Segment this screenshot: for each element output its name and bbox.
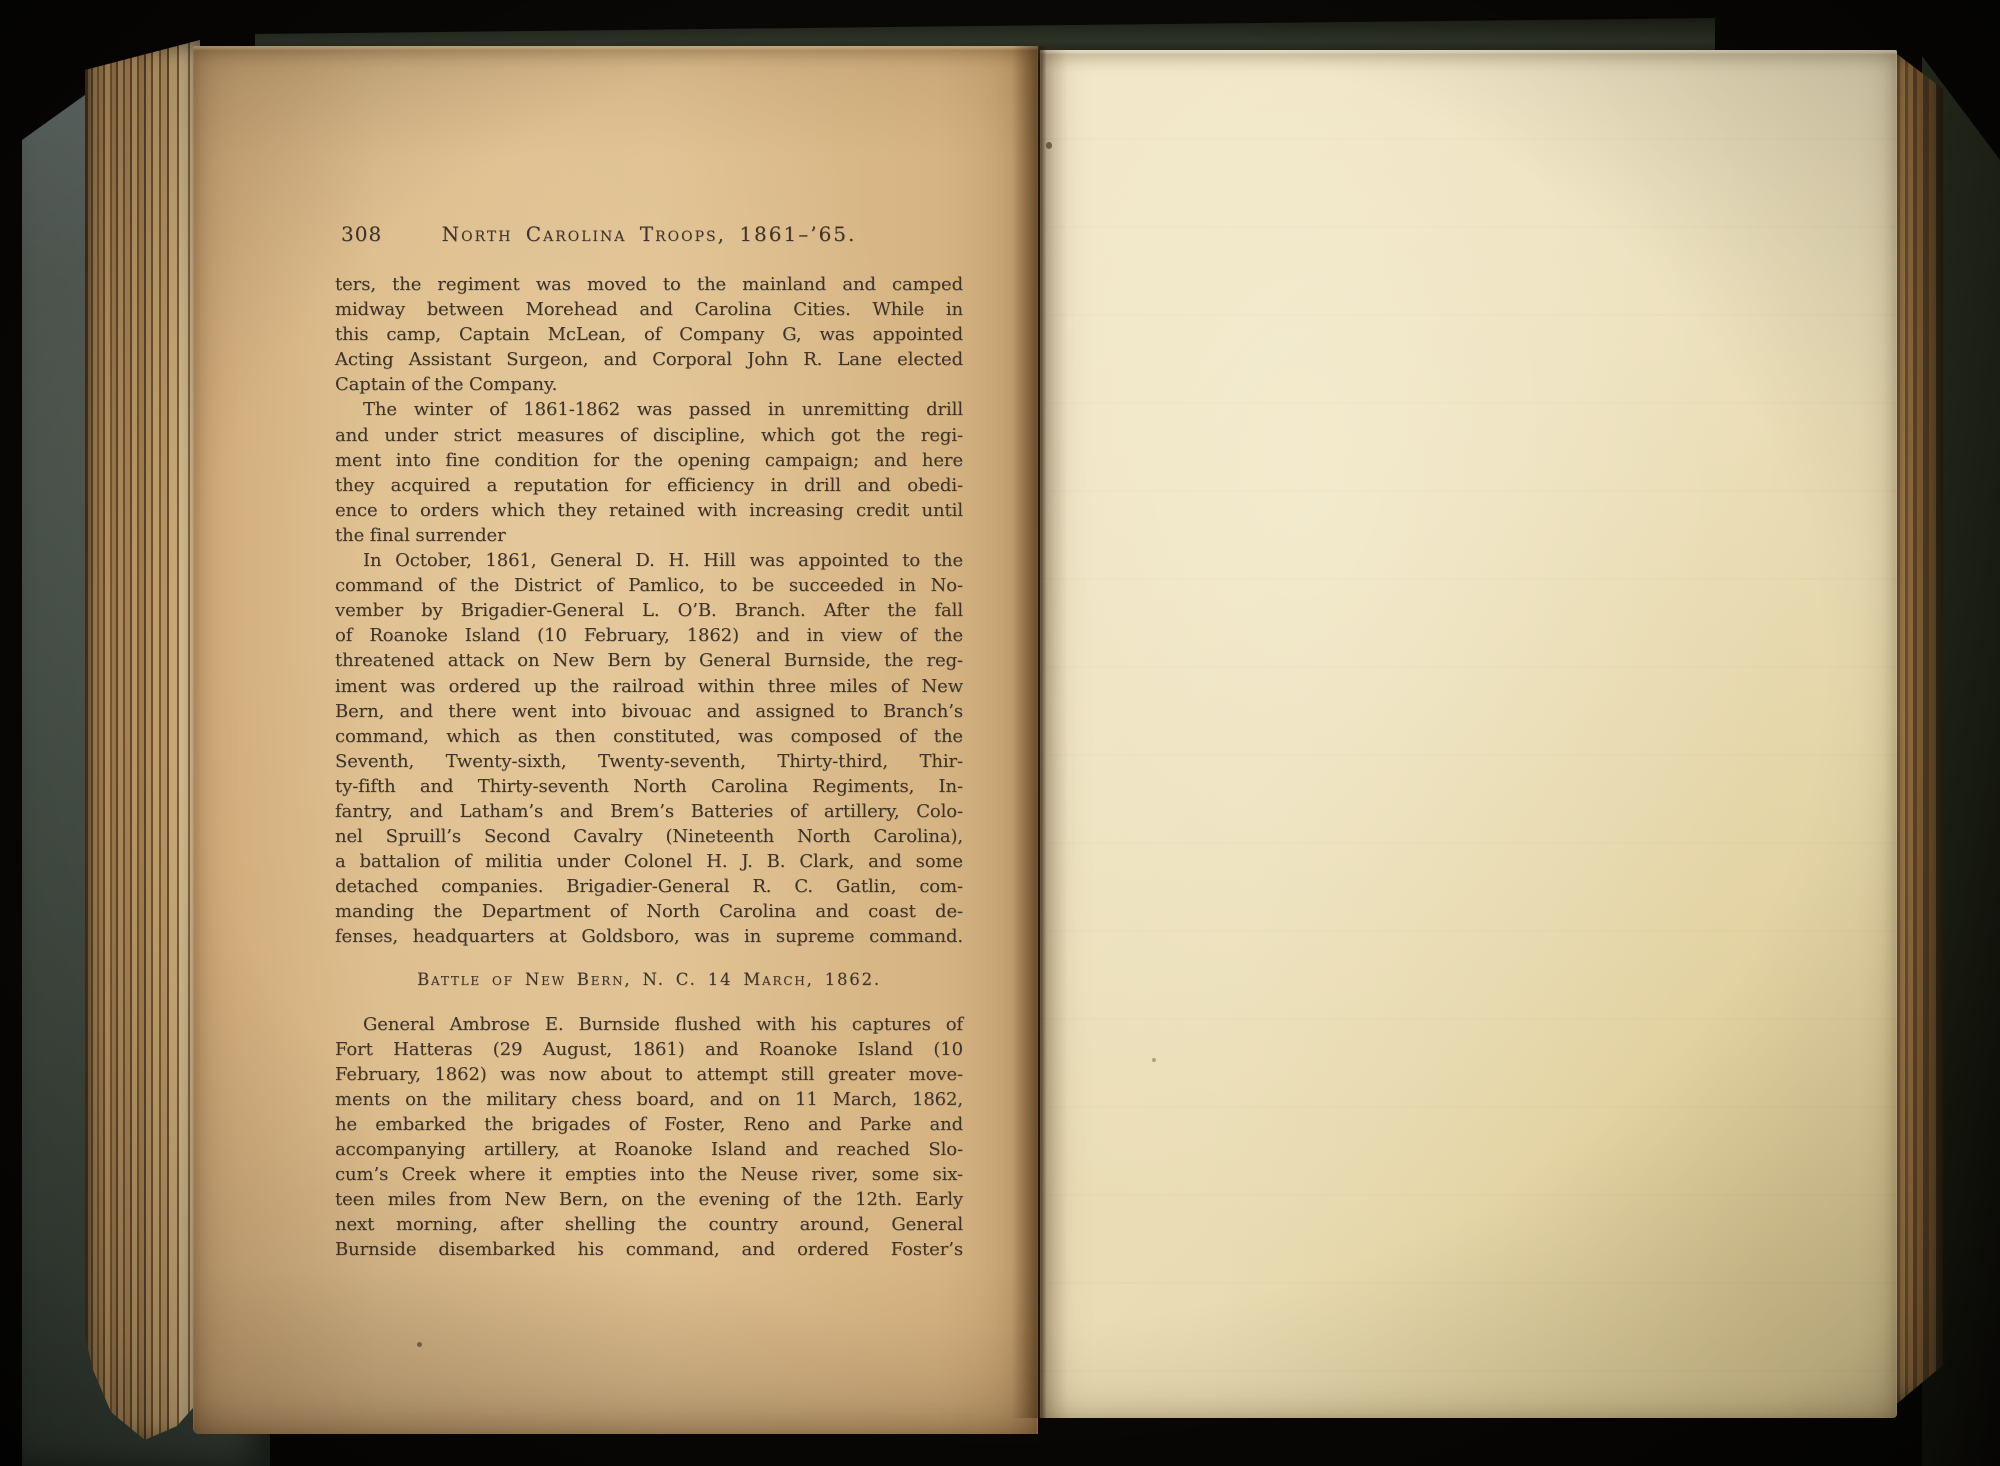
text-line: Fort Hatteras (29 August, 1861) and Roan… bbox=[335, 1037, 963, 1062]
book-photo: 308 North Carolina Troops, 1861–’65. ter… bbox=[0, 0, 2000, 1466]
text-line: vember by Brigadier-General L. O’B. Bran… bbox=[335, 598, 963, 623]
text-line: ments on the military chess board, and o… bbox=[335, 1087, 963, 1112]
text-line: detached companies. Brigadier-General R.… bbox=[335, 874, 963, 899]
book-gutter-shadow bbox=[1012, 46, 1068, 1418]
text-line: Captain of the Company. bbox=[335, 372, 963, 397]
text-line: Burnside disembarked his command, and or… bbox=[335, 1237, 963, 1262]
text-line: Acting Assistant Surgeon, and Corporal J… bbox=[335, 347, 963, 372]
right-page bbox=[1040, 50, 1897, 1418]
text-line: Seventh, Twenty-sixth, Twenty-seventh, T… bbox=[335, 749, 963, 774]
text-line: ment into fine condition for the opening… bbox=[335, 448, 963, 473]
text-line: General Ambrose E. Burnside flushed with… bbox=[335, 1012, 963, 1037]
text-line: threatened attack on New Bern by General… bbox=[335, 648, 963, 673]
text-line: In October, 1861, General D. H. Hill was… bbox=[335, 548, 963, 573]
text-line: a battalion of militia under Colonel H. … bbox=[335, 849, 963, 874]
text-line: cum’s Creek where it empties into the Ne… bbox=[335, 1162, 963, 1187]
text-line: midway between Morehead and Carolina Cit… bbox=[335, 297, 963, 322]
paragraph: The winter of 1861-1862 was passed in un… bbox=[335, 397, 963, 548]
running-header: 308 North Carolina Troops, 1861–’65. bbox=[335, 222, 963, 248]
text-line: fenses, headquarters at Goldsboro, was i… bbox=[335, 924, 963, 949]
text-line: ters, the regiment was moved to the main… bbox=[335, 272, 963, 297]
left-page-text-column: 308 North Carolina Troops, 1861–’65. ter… bbox=[335, 222, 963, 1262]
body-text: ters, the regiment was moved to the main… bbox=[335, 272, 963, 1262]
left-page: 308 North Carolina Troops, 1861–’65. ter… bbox=[193, 46, 1038, 1434]
text-line: manding the Department of North Carolina… bbox=[335, 899, 963, 924]
paragraph: In October, 1861, General D. H. Hill was… bbox=[335, 548, 963, 950]
paragraph: ters, the regiment was moved to the main… bbox=[335, 272, 963, 397]
text-line: February, 1862) was now about to attempt… bbox=[335, 1062, 963, 1087]
text-line: command, which as then constituted, was … bbox=[335, 724, 963, 749]
page-edges-right-stack bbox=[1893, 45, 1943, 1413]
text-line: ence to orders which they retained with … bbox=[335, 498, 963, 523]
ink-speck bbox=[417, 1342, 422, 1347]
text-line: iment was ordered up the railroad within… bbox=[335, 674, 963, 699]
paper-speck bbox=[1152, 1058, 1156, 1062]
text-line: he embarked the brigades of Foster, Reno… bbox=[335, 1112, 963, 1137]
text-line: of Roanoke Island (10 February, 1862) an… bbox=[335, 623, 963, 648]
text-line: The winter of 1861-1862 was passed in un… bbox=[335, 397, 963, 422]
running-title: North Carolina Troops, 1861–’65. bbox=[335, 222, 963, 246]
text-line: accompanying artillery, at Roanoke Islan… bbox=[335, 1137, 963, 1162]
text-line: nel Spruill’s Second Cavalry (Nineteenth… bbox=[335, 824, 963, 849]
text-line: ty-fifth and Thirty-seventh North Caroli… bbox=[335, 774, 963, 799]
text-line: command of the District of Pamlico, to b… bbox=[335, 573, 963, 598]
text-line: the final surrender bbox=[335, 523, 963, 548]
paragraph: General Ambrose E. Burnside flushed with… bbox=[335, 1012, 963, 1263]
text-line: and under strict measures of discipline,… bbox=[335, 423, 963, 448]
text-line: next morning, after shelling the country… bbox=[335, 1212, 963, 1237]
text-line: Bern, and there went into bivouac and as… bbox=[335, 699, 963, 724]
section-heading: Battle of New Bern, N. C. 14 March, 1862… bbox=[335, 967, 963, 992]
page-edges-left-stack bbox=[85, 40, 200, 1452]
text-line: teen miles from New Bern, on the evening… bbox=[335, 1187, 963, 1212]
text-line: they acquired a reputation for efficienc… bbox=[335, 473, 963, 498]
page-number: 308 bbox=[341, 222, 382, 246]
text-line: fantry, and Latham’s and Brem’s Batterie… bbox=[335, 799, 963, 824]
text-line: this camp, Captain McLean, of Company G,… bbox=[335, 322, 963, 347]
